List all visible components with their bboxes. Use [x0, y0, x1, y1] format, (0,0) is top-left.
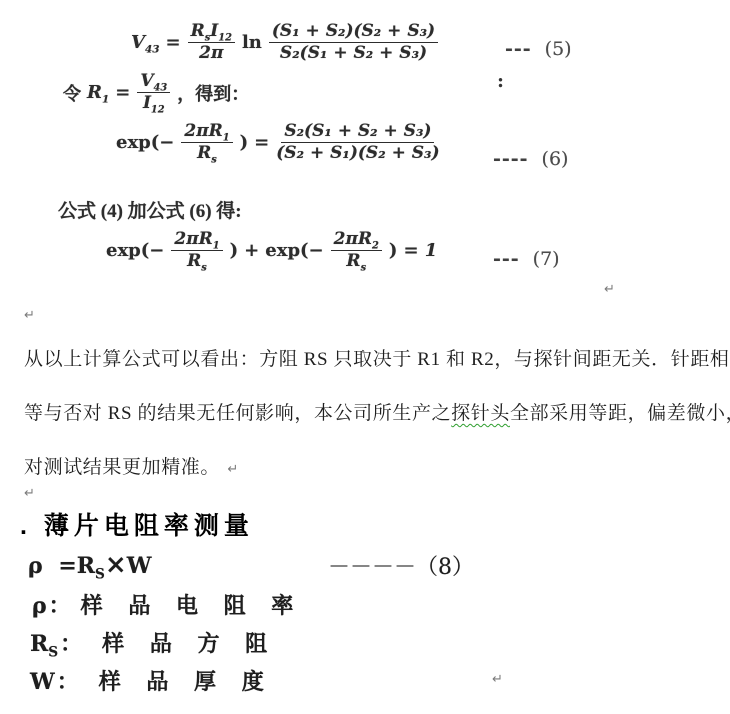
eq7-exponent2-fraction: 2πR2 Rs	[331, 230, 382, 271]
eq6-rhs-fraction: S₂(S₁ + S₂ + S₃) (S₂ + S₁)(S₂ + S₃)	[276, 122, 439, 163]
eq6-equals: =	[254, 132, 269, 153]
paragraph-line-1: 从以上计算公式可以看出：方阻 RS 只取决于 R1 和 R2，与探针间距无关．针…	[24, 344, 730, 371]
paragraph-mark-icon: ↵	[24, 308, 35, 323]
eq6-close-paren: )	[240, 132, 249, 153]
eq8-times: ×	[105, 550, 127, 580]
equation-7-number: ---(7)	[493, 248, 560, 270]
eq5-lhs: V43	[131, 32, 160, 53]
definition-rho: ρ：样 品 电 阻 率	[32, 589, 302, 620]
eq7-exp1-close: )	[230, 240, 239, 261]
equation-7: exp(− 2πR1 Rs ) + exp(− 2πR2 Rs ) = 1	[103, 230, 440, 271]
definition-w: W：样 品 厚 度	[30, 665, 273, 696]
section-heading: . 薄片电阻率测量	[20, 506, 254, 542]
equation-6-number: ----(6)	[493, 148, 568, 170]
r1-def-prefix: 令	[63, 80, 81, 106]
eq6-exponent-fraction: 2πR1 Rs	[181, 122, 232, 163]
r1-def-lhs: R1	[87, 82, 109, 103]
equation-r1-definition: 令 R1 = V43 I12 ，得到：	[60, 72, 252, 113]
eq8-rs: R	[77, 553, 95, 579]
formula-note-line: 公式 (4) 加公式 (6) 得:	[55, 196, 245, 223]
spellcheck-wavy-underline-text: 探针头	[451, 403, 510, 424]
paragraph-line-2: 等与否对 RS 的结果无任何影响，本公司所生产之探针头全部采用等距，偏差微小，	[24, 398, 730, 425]
paragraph-mark-icon: ↵	[492, 672, 503, 687]
equation-6: exp(− 2πR1 Rs ) = S₂(S₁ + S₂ + S₃) (S₂ +…	[113, 122, 444, 163]
eq5-ln: ln	[242, 32, 262, 53]
r1-def-suffix: ，得到：	[177, 80, 249, 106]
eq7-equals-one: = 1	[403, 240, 437, 261]
eq7-exp2-close: )	[389, 240, 398, 261]
r1-def-fraction: V43 I12	[137, 72, 170, 113]
eq8-equals: =	[58, 553, 76, 579]
eq5-coefficient-fraction: RsI12 2π	[188, 22, 235, 63]
stray-colon-mark: :	[497, 70, 504, 92]
eq8-w: W	[127, 553, 152, 579]
eq7-exponent1-fraction: 2πR1 Rs	[171, 230, 222, 271]
eq6-exp-open: exp(−	[116, 132, 174, 153]
definition-rs: RS：样 品 方 阻	[30, 627, 276, 660]
eq7-plus: +	[244, 240, 259, 261]
equation-8-number: －－－－（8）	[328, 550, 474, 581]
document-page: V43 = RsI12 2π ln (S₁ + S₂)(S₂ + S₃) S₂(…	[0, 0, 730, 714]
r1-def-equals: =	[115, 82, 130, 103]
paragraph-mark-icon: ↵	[604, 282, 615, 297]
paragraph-line-3: 对测试结果更加精准。 ↵	[24, 452, 239, 479]
equation-5-number: ---(5)	[505, 38, 572, 60]
eq7-exp1-open: exp(−	[106, 240, 164, 261]
equation-5: V43 = RsI12 2π ln (S₁ + S₂)(S₂ + S₃) S₂(…	[128, 22, 442, 63]
eq8-rho: ρ	[28, 553, 43, 579]
eq5-log-argument-fraction: (S₁ + S₂)(S₂ + S₃) S₂(S₁ + S₂ + S₃)	[269, 22, 438, 63]
paragraph-mark-icon: ↵	[24, 486, 35, 501]
eq7-exp2-open: exp(−	[265, 240, 323, 261]
paragraph-mark-icon: ↵	[227, 462, 239, 477]
equation-8: ρ =RS×W	[28, 550, 151, 582]
eq5-equals: =	[166, 32, 181, 53]
